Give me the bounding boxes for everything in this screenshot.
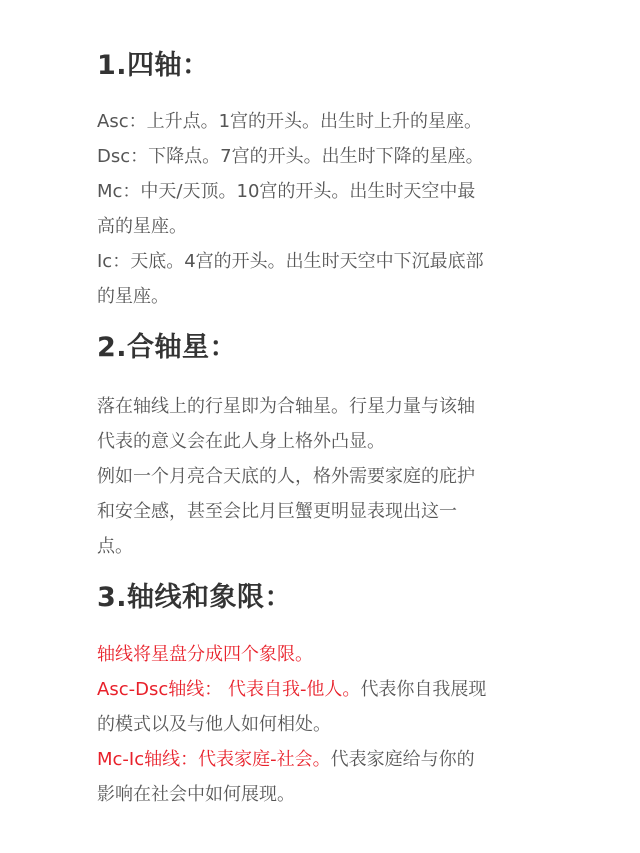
highlighted-text: Asc-Dsc轴线： 代表自我-他人。	[97, 679, 360, 700]
text-line: Asc：上升点。1宫的开头。出生时上升的星座。	[97, 104, 557, 139]
text-line: Mc-Ic轴线：代表家庭-社会。代表家庭给与你的	[97, 742, 557, 777]
text-line: Mc：中天/天顶。10宫的开头。出生时天空中最	[97, 174, 557, 209]
text-line: 例如一个月亮合天底的人，格外需要家庭的庇护	[97, 459, 557, 494]
section-body-four-axes: Asc：上升点。1宫的开头。出生时上升的星座。 Dsc：下降点。7宫的开头。出生…	[97, 104, 557, 314]
text-line: Ic：天底。4宫的开头。出生时天空中下沉最底部	[97, 244, 557, 279]
normal-text: 代表你自我展现	[360, 679, 486, 700]
text-line: Asc-Dsc轴线： 代表自我-他人。代表你自我展现	[97, 672, 557, 707]
text-line: 落在轴线上的行星即为合轴星。行星力量与该轴	[97, 389, 557, 424]
text-line: 高的星座。	[97, 209, 557, 244]
text-line: 代表的意义会在此人身上格外凸显。	[97, 424, 557, 459]
section-heading-angular-planets: 2.合轴星：	[97, 330, 237, 366]
article-page: 1.四轴： Asc：上升点。1宫的开头。出生时上升的星座。 Dsc：下降点。7宫…	[0, 0, 640, 853]
text-line: Dsc：下降点。7宫的开头。出生时下降的星座。	[97, 139, 557, 174]
text-line: 点。	[97, 529, 557, 564]
text-line: 影响在社会中如何展现。	[97, 777, 557, 812]
text-line: 的模式以及与他人如何相处。	[97, 707, 557, 742]
normal-text: 影响在社会中如何展现。	[97, 784, 295, 805]
normal-text: 的模式以及与他人如何相处。	[97, 714, 331, 735]
section-heading-axes-quadrants: 3.轴线和象限：	[97, 580, 292, 616]
section-body-angular-planets: 落在轴线上的行星即为合轴星。行星力量与该轴 代表的意义会在此人身上格外凸显。 例…	[97, 389, 557, 564]
text-line: 和安全感，甚至会比月巨蟹更明显表现出这一	[97, 494, 557, 529]
text-line: 的星座。	[97, 279, 557, 314]
highlighted-text: 轴线将星盘分成四个象限。	[97, 644, 313, 665]
normal-text: 代表家庭给与你的	[331, 749, 475, 770]
section-heading-four-axes: 1.四轴：	[97, 48, 210, 84]
section-body-axes-quadrants: 轴线将星盘分成四个象限。 Asc-Dsc轴线： 代表自我-他人。代表你自我展现 …	[97, 637, 557, 812]
highlighted-text: Mc-Ic轴线：代表家庭-社会。	[97, 749, 331, 770]
text-line: 轴线将星盘分成四个象限。	[97, 637, 557, 672]
